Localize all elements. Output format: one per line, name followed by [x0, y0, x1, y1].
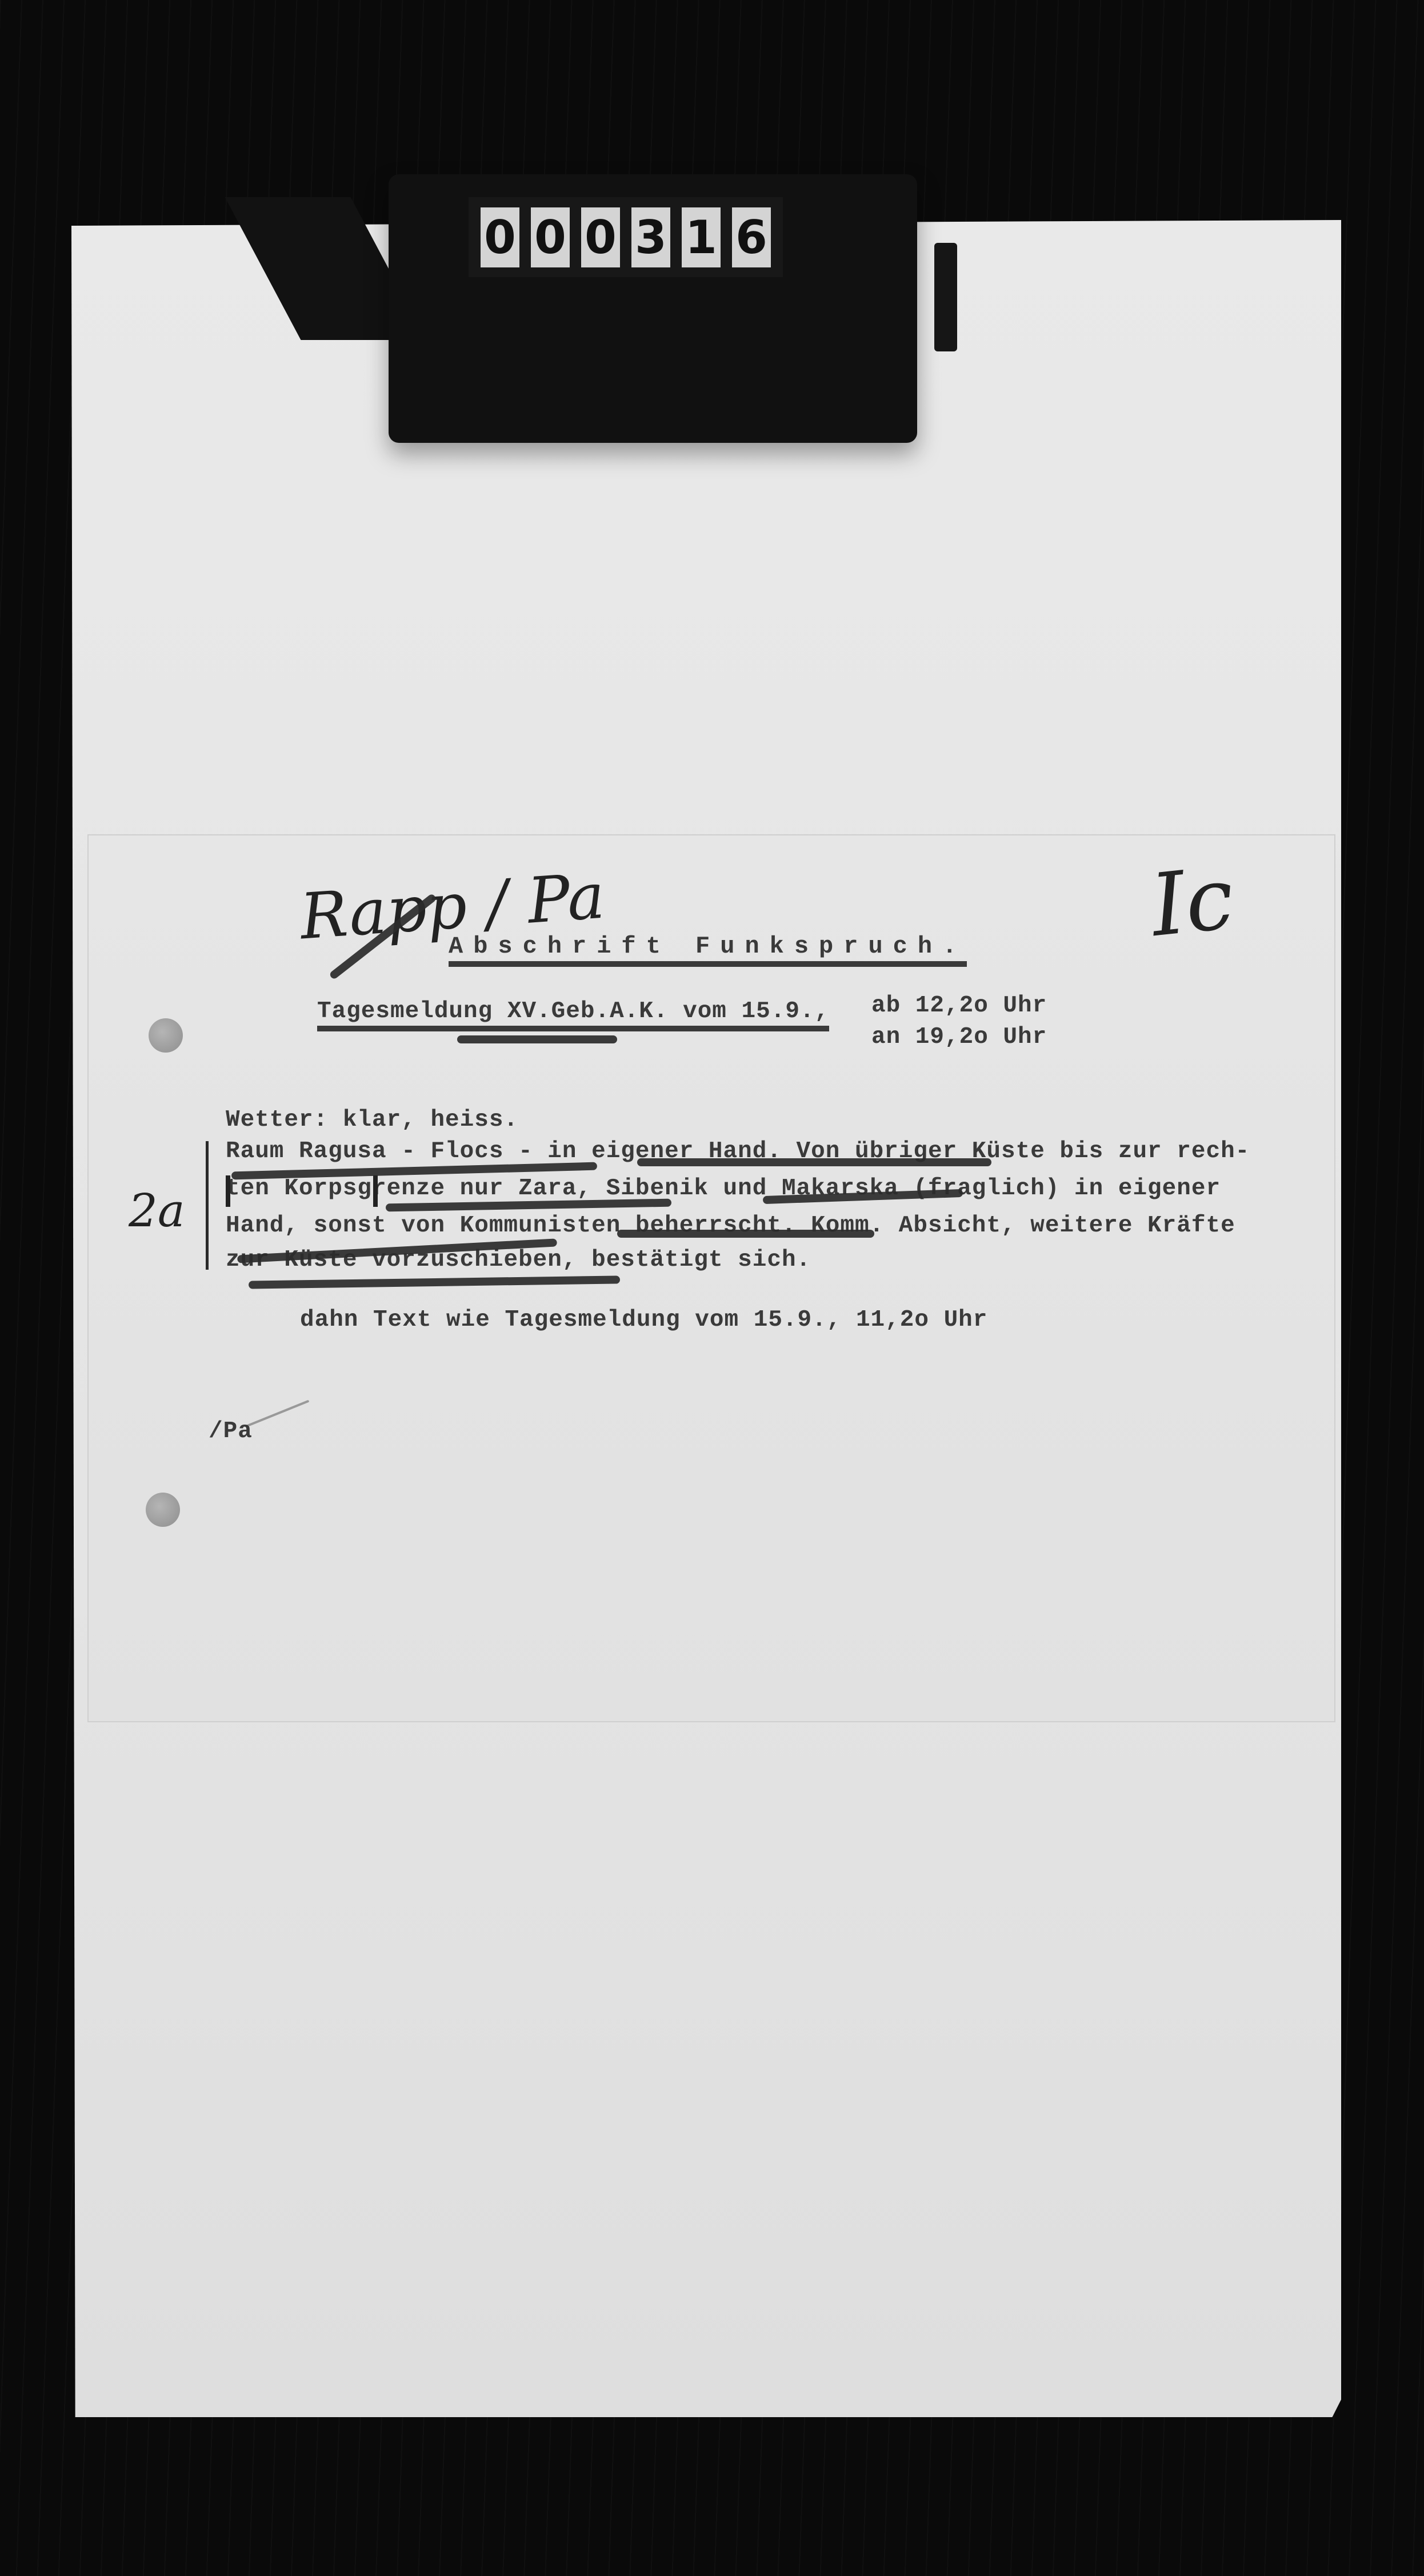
counter-digit: 0 [481, 207, 519, 267]
pencil-tick [245, 1400, 310, 1428]
time-sent: ab 12,2o Uhr [871, 993, 1047, 1019]
counter-digit: 3 [631, 207, 670, 267]
punch-hole [146, 1493, 180, 1527]
signature: /Pa [209, 1418, 253, 1445]
counter-digit: 0 [531, 207, 570, 267]
counter-digit: 6 [732, 207, 771, 267]
counter-digit: 0 [581, 207, 620, 267]
pencil-underline [617, 1230, 874, 1238]
counter-knob [934, 243, 957, 351]
report-heading: Tagesmeldung XV.Geb.A.K. vom 15.9., [317, 998, 829, 1031]
margin-rule [206, 1141, 209, 1270]
pencil-underline [637, 1158, 991, 1166]
pencil-bracket [226, 1175, 378, 1207]
weather-line: Wetter: klar, heiss. [226, 1107, 518, 1133]
counter-window: 0 0 0 3 1 6 [469, 197, 783, 277]
pencil-underline [249, 1275, 620, 1289]
handwritten-department: Ic [1146, 849, 1238, 956]
frame-counter: 0 0 0 3 1 6 [389, 174, 917, 443]
document-title: Abschrift Funkspruch. [449, 933, 967, 967]
counter-digit: 1 [682, 207, 721, 267]
telegram-slip: Rapp / Pa Ic Abschrift Funkspruch. Tages… [89, 835, 1334, 1721]
margin-note: 2a [129, 1184, 185, 1237]
punch-hole [149, 1018, 183, 1053]
footer-line: dahn Text wie Tagesmeldung vom 15.9., 11… [300, 1307, 987, 1333]
pencil-underline [457, 1035, 617, 1043]
time-received: an 19,2o Uhr [871, 1024, 1047, 1050]
